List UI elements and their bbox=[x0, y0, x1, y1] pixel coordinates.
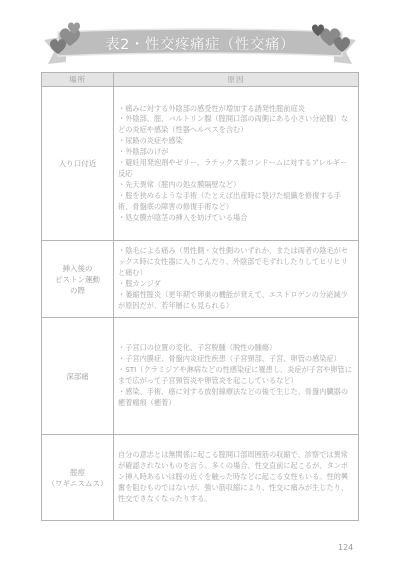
cause-item: ・処女膜が陰茎の挿入を妨げている場合 bbox=[118, 213, 354, 224]
row-label-line: の際 bbox=[44, 285, 111, 296]
row-label: 入り口付近 bbox=[42, 87, 114, 241]
page-title: 表2・性交疼痛症（性交痛） bbox=[44, 33, 356, 54]
cause-item: ・尿路の炎症や感染 bbox=[118, 136, 354, 147]
table-row: 入り口付近 ・痛みに対する外陰部の感受性が増加する誘発性腟前庭炎 ・外陰部、腟、… bbox=[42, 87, 359, 241]
cause-item: ・避妊用発泡剤やゼリー、ラテックス製コンドームに対するアレルギー反応 bbox=[118, 158, 354, 180]
row-causes: 自分の意志とは無関係に起こる腟開口部周囲筋の収縮で、診察では異常が確認されないも… bbox=[114, 435, 359, 521]
row-label-line: ピストン運動 bbox=[44, 274, 111, 285]
cause-item: ・外陰部のけが bbox=[118, 147, 354, 158]
title-banner: 表2・性交疼痛症（性交痛） bbox=[44, 22, 356, 66]
row-label: 深部痛 bbox=[42, 318, 114, 435]
table-header-row: 場所 原因 bbox=[42, 73, 359, 87]
cause-item: ・感染、手術、癌に対する放射線療法などの後で生じた、骨盤内臓器の癒着瘢痕（癒着） bbox=[118, 387, 354, 409]
row-label-line: 挿入後の bbox=[44, 263, 111, 274]
row-label: 挿入後の ピストン運動 の際 bbox=[42, 241, 114, 318]
cause-description: 自分の意志とは無関係に起こる腟開口部周囲筋の収縮で、診察では異常が確認されないも… bbox=[118, 450, 354, 505]
cause-item: ・萎縮性腟炎（更年期で卵巣の機能が衰えて、エストロゲンの分泌減少が原因だが、若年… bbox=[118, 290, 354, 312]
row-label-line: 腟痙 bbox=[44, 467, 111, 478]
cause-item: ・子宮口の位置の変化、子宮脱腫（脱性の腫瘍） bbox=[118, 343, 354, 354]
cause-item: ・先天異常（腟内の処女膜隔壁など） bbox=[118, 180, 354, 191]
row-causes: ・子宮口の位置の変化、子宮脱腫（脱性の腫瘍） ・子宮内膜症、骨盤内炎症性疾患（子… bbox=[114, 318, 359, 435]
cause-item: ・痛みに対する外陰部の感受性が増加する誘発性腟前庭炎 bbox=[118, 104, 354, 115]
causes-table: 場所 原因 入り口付近 ・痛みに対する外陰部の感受性が増加する誘発性腟前庭炎 ・… bbox=[41, 72, 359, 521]
cause-item: ・腟カンジダ bbox=[118, 279, 354, 290]
cause-item: ・腟を狭めるような手術（たとえば出産時に裂けた組織を修復する手術、骨盤底の障害の… bbox=[118, 191, 354, 213]
cause-item: ・子宮内膜症、骨盤内炎症性疾患（子宮頸部、子宮、卵管の感染症） bbox=[118, 354, 354, 365]
cause-item: ・陰毛による痛み（男性側・女性側のいずれか、または両者の陰毛がセックス時に女性器… bbox=[118, 246, 354, 279]
column-header-location: 場所 bbox=[42, 73, 114, 87]
column-header-cause: 原因 bbox=[114, 73, 359, 87]
table-row: 腟痙 （ワギニスムス） 自分の意志とは無関係に起こる腟開口部周囲筋の収縮で、診察… bbox=[42, 435, 359, 521]
table-row: 深部痛 ・子宮口の位置の変化、子宮脱腫（脱性の腫瘍） ・子宮内膜症、骨盤内炎症性… bbox=[42, 318, 359, 435]
row-causes: ・陰毛による痛み（男性側・女性側のいずれか、または両者の陰毛がセックス時に女性器… bbox=[114, 241, 359, 318]
row-causes: ・痛みに対する外陰部の感受性が増加する誘発性腟前庭炎 ・外陰部、腟、バルトリン腺… bbox=[114, 87, 359, 241]
row-label: 腟痙 （ワギニスムス） bbox=[42, 435, 114, 521]
page-number: 124 bbox=[338, 543, 353, 552]
table-row: 挿入後の ピストン運動 の際 ・陰毛による痛み（男性側・女性側のいずれか、または… bbox=[42, 241, 359, 318]
cause-item: ・STI（クラミジアや淋病などの性感染症に罹患し、炎症が子宮や卵管にまで広がって… bbox=[118, 365, 354, 387]
row-label-line: （ワギニスムス） bbox=[44, 478, 111, 489]
cause-item: ・外陰部、腟、バルトリン腺（腟開口部の両側にある小さい分泌腺）などの炎症や感染（… bbox=[118, 114, 354, 136]
